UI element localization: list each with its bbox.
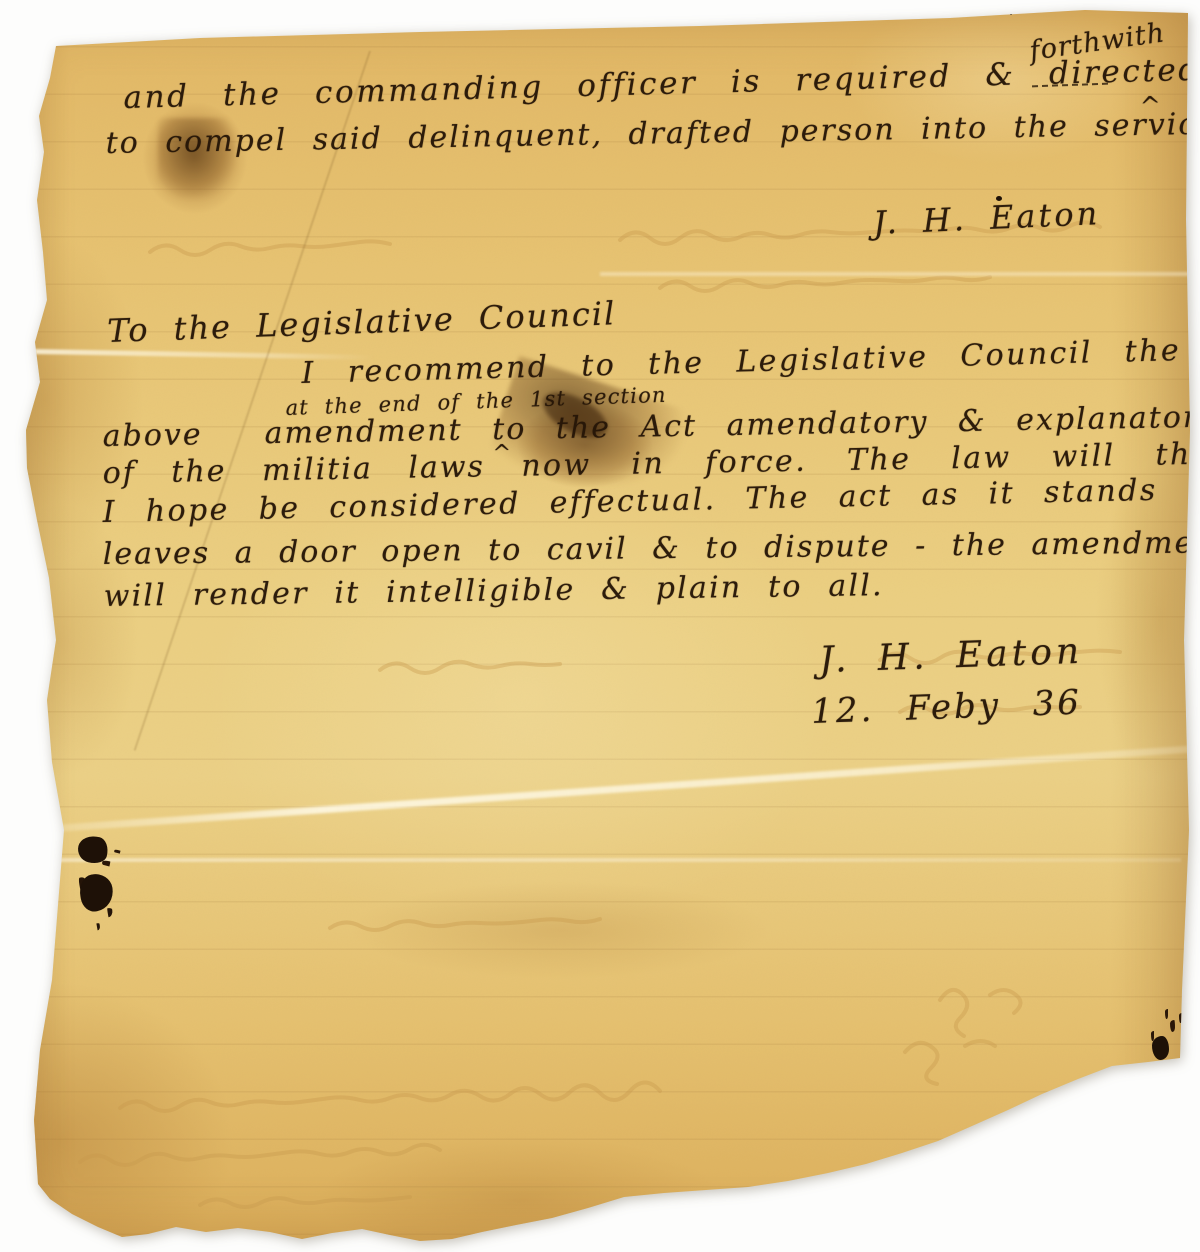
paper-grain-texture bbox=[0, 0, 1200, 1252]
body-line-2-word-above: above bbox=[102, 417, 202, 454]
ink-blot-bottom-right bbox=[1152, 1036, 1169, 1060]
insertion-caret-body: ^ bbox=[492, 441, 511, 466]
ink-speck-top-edge bbox=[1004, 2, 1010, 7]
scanned-letter-page: forthwith and the commanding officer is … bbox=[0, 0, 1200, 1252]
letter-paper: forthwith and the commanding officer is … bbox=[0, 0, 1200, 1252]
paper-shadow-wrap: forthwith and the commanding officer is … bbox=[0, 0, 1200, 1252]
body-line-3-part1: of the militia laws bbox=[102, 449, 485, 491]
